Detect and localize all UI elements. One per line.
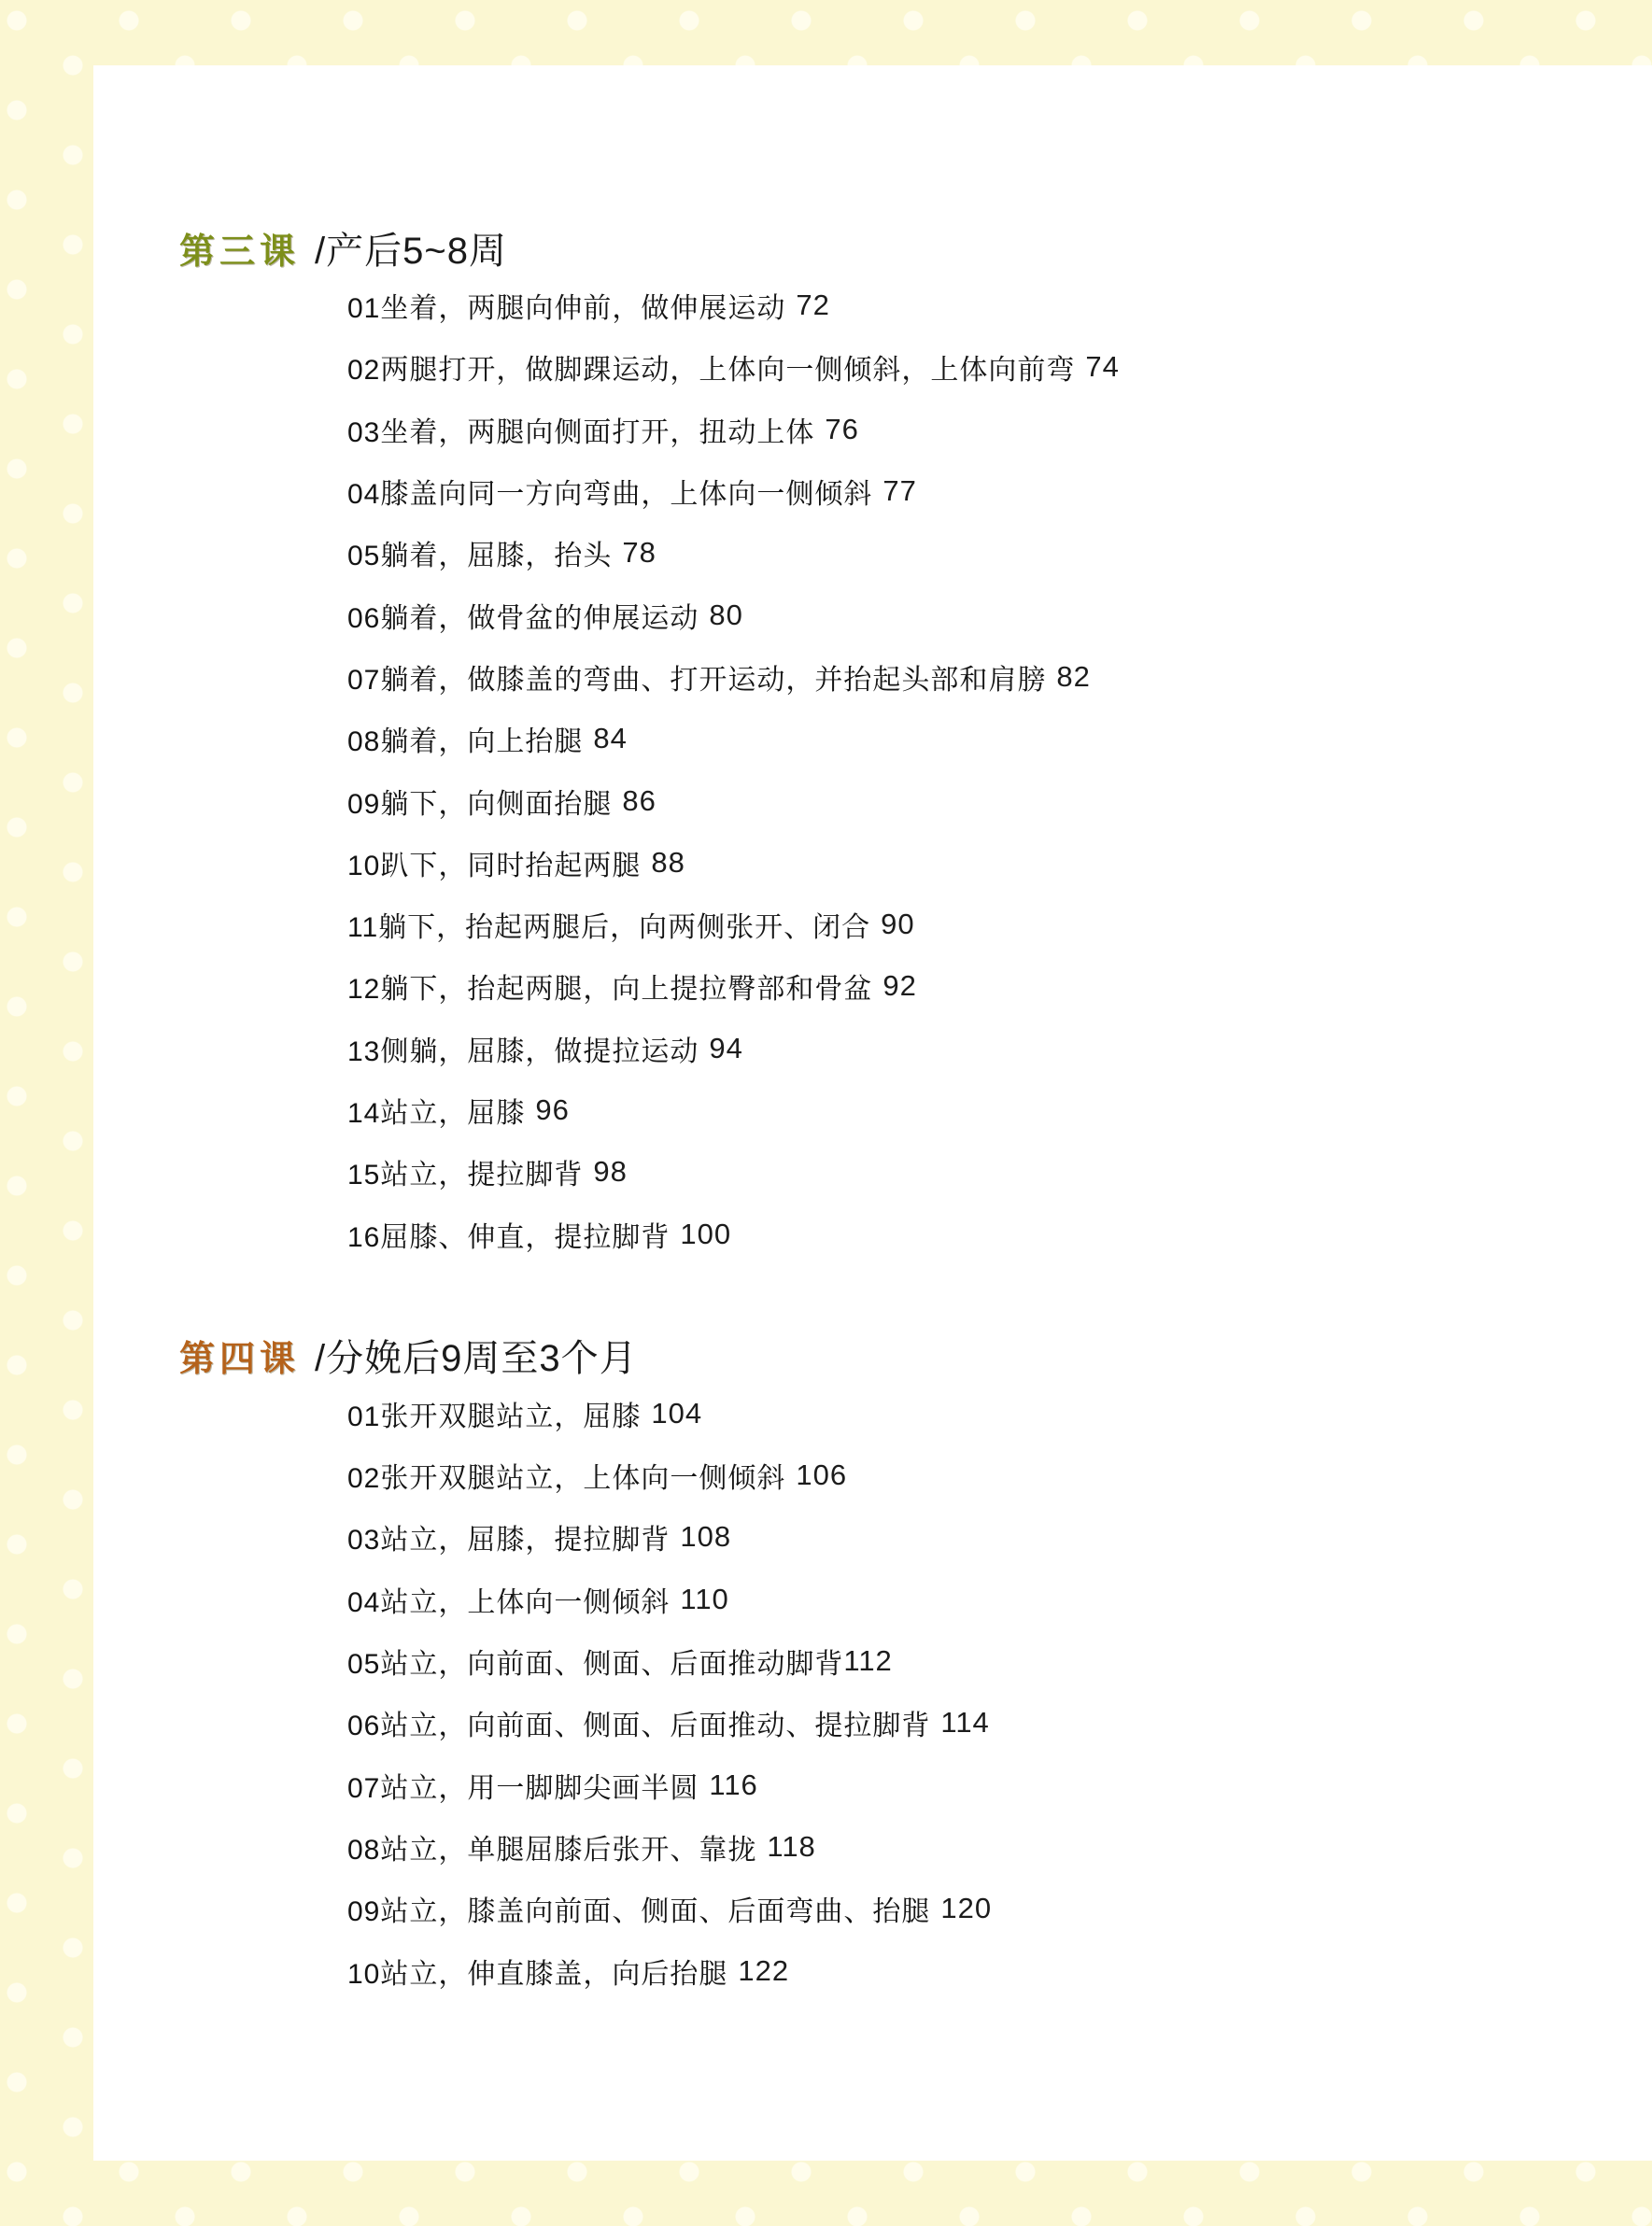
page-number: 88 [651, 846, 685, 880]
toc-item: 06站立，向前面、侧面、后面推动、提拉脚背 114 [93, 1692, 1652, 1754]
toc-item: 02两腿打开，做脚踝运动，上体向一侧倾斜，上体向前弯 74 [93, 336, 1652, 398]
page-number: 74 [1085, 350, 1119, 384]
toc-item: 11躺下，抬起两腿后，向两侧张开、闭合 90 [93, 894, 1652, 955]
lesson-badge: 第四课 [179, 1330, 300, 1381]
toc-item: 06躺着，做骨盆的伸展运动 80 [93, 584, 1652, 645]
scanned-book-page: { "page": { "border_bg_color": "#fbf7d2"… [0, 0, 1652, 2226]
toc-item: 09站立，膝盖向前面、侧面、后面弯曲、抬腿 120 [93, 1878, 1652, 1939]
section-header: 第四课 /分娩后9周至3个月 [93, 1329, 1652, 1383]
page-number: 100 [680, 1218, 731, 1251]
toc-item-text: 12躺下，抬起两腿，向上提拉臀部和骨盆 [347, 965, 872, 1007]
page-number: 94 [709, 1032, 742, 1065]
toc-item-text: 16屈膝、伸直，提拉脚背 [347, 1214, 670, 1255]
toc-item-text: 07躺着，做膝盖的弯曲、打开运动，并抬起头部和肩膀 [347, 656, 1046, 697]
page-number: 106 [796, 1458, 847, 1492]
toc-item-text: 06站立，向前面、侧面、后面推动、提拉脚背 [347, 1702, 930, 1743]
page-number: 84 [593, 722, 627, 755]
toc-list: 01坐着，两腿向伸前，做伸展运动 72 02两腿打开，做脚踝运动，上体向一侧倾斜… [93, 275, 1652, 1265]
toc-item-text: 14站立，屈膝 [347, 1090, 525, 1131]
page-number: 116 [709, 1768, 757, 1802]
toc-item-text: 03站立，屈膝，提拉脚背 [347, 1516, 670, 1557]
toc-item-text: 10站立，伸直膝盖，向后抬腿 [347, 1951, 727, 1992]
toc-item: 13侧躺，屈膝，做提拉运动 94 [93, 1018, 1652, 1079]
toc-item: 02张开双腿站立，上体向一侧倾斜 106 [93, 1444, 1652, 1506]
page-number: 104 [651, 1397, 702, 1430]
toc-item: 01张开双腿站立，屈膝 104 [93, 1383, 1652, 1444]
toc-item-text: 08站立，单腿屈膝后张开、靠拢 [347, 1826, 756, 1867]
toc-item-text: 09站立，膝盖向前面、侧面、后面弯曲、抬腿 [347, 1888, 930, 1929]
toc-item: 09躺下，向侧面抬腿 86 [93, 769, 1652, 831]
toc-item-text: 11躺下，抬起两腿后，向两侧张开、闭合 [347, 904, 870, 945]
toc-item: 10站立，伸直膝盖，向后抬腿 122 [93, 1939, 1652, 2001]
page-number: 118 [767, 1830, 815, 1864]
toc-item: 16屈膝、伸直，提拉脚背 100 [93, 1203, 1652, 1264]
toc-item: 04站立，上体向一侧倾斜 110 [93, 1569, 1652, 1630]
page-number: 122 [738, 1954, 789, 1988]
toc-item: 12躺下，抬起两腿，向上提拉臀部和骨盆 92 [93, 955, 1652, 1017]
page-number: 86 [622, 784, 656, 818]
toc-item-text: 09躺下，向侧面抬腿 [347, 781, 612, 822]
toc-item-text: 15站立，提拉脚背 [347, 1151, 583, 1192]
page-number: 80 [709, 599, 742, 632]
toc-item-text: 02两腿打开，做脚踝运动，上体向一侧倾斜，上体向前弯 [347, 346, 1075, 387]
toc-item: 07躺着，做膝盖的弯曲、打开运动，并抬起头部和肩膀 82 [93, 646, 1652, 708]
toc-item-text: 04膝盖向同一方向弯曲，上体向一侧倾斜 [347, 471, 872, 512]
page-number: 114 [940, 1706, 989, 1740]
section-title: /分娩后9周至3个月 [315, 1329, 638, 1382]
toc-item: 08躺着，向上抬腿 84 [93, 708, 1652, 769]
toc-item: 01坐着，两腿向伸前，做伸展运动 72 [93, 275, 1652, 336]
lesson-badge: 第三课 [179, 222, 300, 274]
toc-item-text: 04站立，上体向一侧倾斜 [347, 1579, 670, 1620]
toc-item-text: 13侧躺，屈膝，做提拉运动 [347, 1028, 699, 1069]
page-number: 110 [680, 1583, 728, 1616]
page-number: 82 [1056, 660, 1090, 694]
toc-item: 10趴下，同时抬起两腿 88 [93, 832, 1652, 894]
toc-item: 08站立，单腿屈膝后张开、靠拢 118 [93, 1816, 1652, 1878]
page-number: 98 [593, 1155, 627, 1189]
toc-item-text: 10趴下，同时抬起两腿 [347, 842, 641, 883]
toc-item: 07站立，用一脚脚尖画半圆 116 [93, 1754, 1652, 1816]
toc-item-text: 06躺着，做骨盆的伸展运动 [347, 595, 699, 636]
toc-item-text: 07站立，用一脚脚尖画半圆 [347, 1765, 699, 1806]
page-number: 108 [680, 1520, 731, 1554]
toc-list: 01张开双腿站立，屈膝 104 02张开双腿站立，上体向一侧倾斜 106 03站… [93, 1383, 1652, 2002]
toc-item-text: 02张开双腿站立，上体向一侧倾斜 [347, 1455, 785, 1496]
page-number: 72 [796, 289, 829, 322]
section-lesson-4: 第四课 /分娩后9周至3个月 01张开双腿站立，屈膝 104 02张开双腿站立，… [93, 1329, 1652, 2002]
toc-item: 05躺着，屈膝，抬头 78 [93, 522, 1652, 584]
page-number: 78 [622, 536, 656, 570]
section-title: /产后5~8周 [315, 221, 507, 275]
page-number: 76 [825, 413, 858, 446]
toc-item-text: 01张开双腿站立，屈膝 [347, 1393, 641, 1434]
page-number: 120 [940, 1892, 992, 1925]
toc-item-text: 03坐着，两腿向侧面打开，扭动上体 [347, 409, 814, 450]
toc-item: 05站立，向前面、侧面、后面推动脚背 112 [93, 1630, 1652, 1692]
section-lesson-3: 第三课 /产后5~8周 01坐着，两腿向伸前，做伸展运动 72 02两腿打开，做… [93, 220, 1652, 1265]
toc-item: 04膝盖向同一方向弯曲，上体向一侧倾斜 77 [93, 460, 1652, 522]
toc-item-text: 08躺着，向上抬腿 [347, 718, 583, 759]
toc-item: 03站立，屈膝，提拉脚背 108 [93, 1506, 1652, 1568]
toc-item-text: 01坐着，两腿向伸前，做伸展运动 [347, 285, 785, 326]
page-number: 92 [882, 969, 916, 1003]
section-header: 第三课 /产后5~8周 [93, 220, 1652, 275]
page-number: 96 [535, 1093, 569, 1127]
toc-item: 14站立，屈膝 96 [93, 1079, 1652, 1141]
page-number: 90 [881, 908, 914, 941]
paper: 第三课 /产后5~8周 01坐着，两腿向伸前，做伸展运动 72 02两腿打开，做… [93, 65, 1652, 2161]
page-number: 112 [843, 1644, 892, 1678]
toc-item-text: 05站立，向前面、侧面、后面推动脚背 [347, 1641, 843, 1682]
toc-item: 03坐着，两腿向侧面打开，扭动上体 76 [93, 399, 1652, 460]
toc-item: 15站立，提拉脚背 98 [93, 1141, 1652, 1203]
toc-item-text: 05躺着，屈膝，抬头 [347, 532, 612, 573]
page-number: 77 [882, 474, 916, 508]
